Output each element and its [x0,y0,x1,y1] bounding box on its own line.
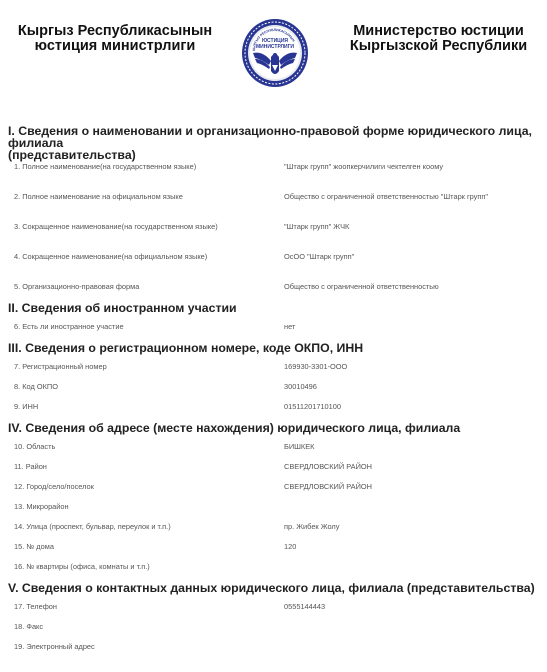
section-title: III. Сведения о регистрационном номере, … [8,342,544,354]
field-label: 17. Телефон [14,602,57,611]
field-row: 5. Организационно-правовая форма Обществ… [0,282,547,296]
section-title: V. Сведения о контактных данных юридичес… [8,582,544,594]
field-value: 01511201710100 [284,402,341,411]
field-label: 6. Есть ли иностранное участие [14,322,124,331]
field-label: 1. Полное наименование(на государственно… [14,162,196,171]
field-value: пр. Жибек Жолу [284,522,339,531]
field-value: СВЕРДЛОВСКИЙ РАЙОН [284,482,372,491]
field-label: 12. Город/село/поселок [14,482,94,491]
field-row: 4. Сокращенное наименование(на официальн… [0,252,547,266]
section-title: II. Сведения об иностранном участии [8,302,544,314]
field-row: 6. Есть ли иностранное участие нет [0,322,547,336]
svg-text:МИНИСТРЛИГИ: МИНИСТРЛИГИ [256,44,294,50]
field-row: 8. Код ОКПО 30010496 [0,382,547,396]
document-header: Кыргыз Республикасынын юстиция министрли… [0,0,547,110]
field-label: 19. Электронный адрес [14,642,95,651]
field-value: "Штарк групп" ЖЧК [284,222,349,231]
ministry-name-kyrgyz-line2: юстиция министрлиги [0,39,230,54]
field-value: 0555144443 [284,602,325,611]
field-row: 16. № квартиры (офиса, комнаты и т.п.) [0,562,547,576]
field-value: нет [284,322,295,331]
field-row: 18. Факс [0,622,547,636]
field-row: 2. Полное наименование на официальном яз… [0,192,547,206]
field-row: 15. № дома 120 [0,542,547,556]
field-value: БИШКЕК [284,442,314,451]
field-row: 10. Область БИШКЕК [0,442,547,456]
field-value: 169930-3301-ООО [284,362,347,371]
field-row: 12. Город/село/поселок СВЕРДЛОВСКИЙ РАЙО… [0,482,547,496]
field-row: 7. Регистрационный номер 169930-3301-ООО [0,362,547,376]
field-label: 4. Сокращенное наименование(на официальн… [14,252,207,261]
ministry-name-russian-line2: Кыргызской Республики [330,39,547,54]
field-value: Общество с ограниченной ответственностью… [284,192,488,201]
ministry-name-russian-line1: Министерство юстиции [330,24,547,39]
field-value: 120 [284,542,296,551]
ministry-name-kyrgyz-line1: Кыргыз Республикасынын [0,24,230,39]
field-row: 11. Район СВЕРДЛОВСКИЙ РАЙОН [0,462,547,476]
field-value: СВЕРДЛОВСКИЙ РАЙОН [284,462,372,471]
section-title: IV. Сведения об адресе (месте нахождения… [8,422,544,434]
field-label: 14. Улица (проспект, бульвар, переулок и… [14,522,171,531]
field-row: 9. ИНН 01511201710100 [0,402,547,416]
field-label: 7. Регистрационный номер [14,362,107,371]
field-label: 16. № квартиры (офиса, комнаты и т.п.) [14,562,150,571]
field-label: 2. Полное наименование на официальном яз… [14,192,183,201]
field-row: 1. Полное наименование(на государственно… [0,162,547,176]
field-label: 18. Факс [14,622,43,631]
field-label: 8. Код ОКПО [14,382,58,391]
field-row: 19. Электронный адрес [0,642,547,656]
field-row: 14. Улица (проспект, бульвар, переулок и… [0,522,547,536]
field-label: 9. ИНН [14,402,38,411]
section-title: I. Сведения о наименовании и организацио… [8,125,544,161]
field-label: 3. Сокращенное наименование(на государст… [14,222,218,231]
field-row: 17. Телефон 0555144443 [0,602,547,616]
field-row: 3. Сокращенное наименование(на государст… [0,222,547,236]
field-label: 10. Область [14,442,55,451]
field-label: 15. № дома [14,542,54,551]
field-value: Общество с ограниченной ответственностью [284,282,439,291]
ministry-name-kyrgyz: Кыргыз Республикасынын юстиция министрли… [0,24,230,54]
field-label: 5. Организационно-правовая форма [14,282,139,291]
field-row: 13. Микрорайон [0,502,547,516]
field-value: ОсОО "Штарк групп" [284,252,354,261]
field-label: 11. Район [14,462,47,471]
field-label: 13. Микрорайон [14,502,69,511]
field-value: 30010496 [284,382,317,391]
ministry-name-russian: Министерство юстиции Кыргызской Республи… [330,24,547,54]
ministry-emblem-icon: КЫРГЫЗ РЕСПУБЛИКАСЫНЫН ЮСТИЦИЯ МИНИСТРЛИ… [241,11,309,95]
field-value: "Штарк групп" жоопкерчилиги чектелген ко… [284,162,443,171]
